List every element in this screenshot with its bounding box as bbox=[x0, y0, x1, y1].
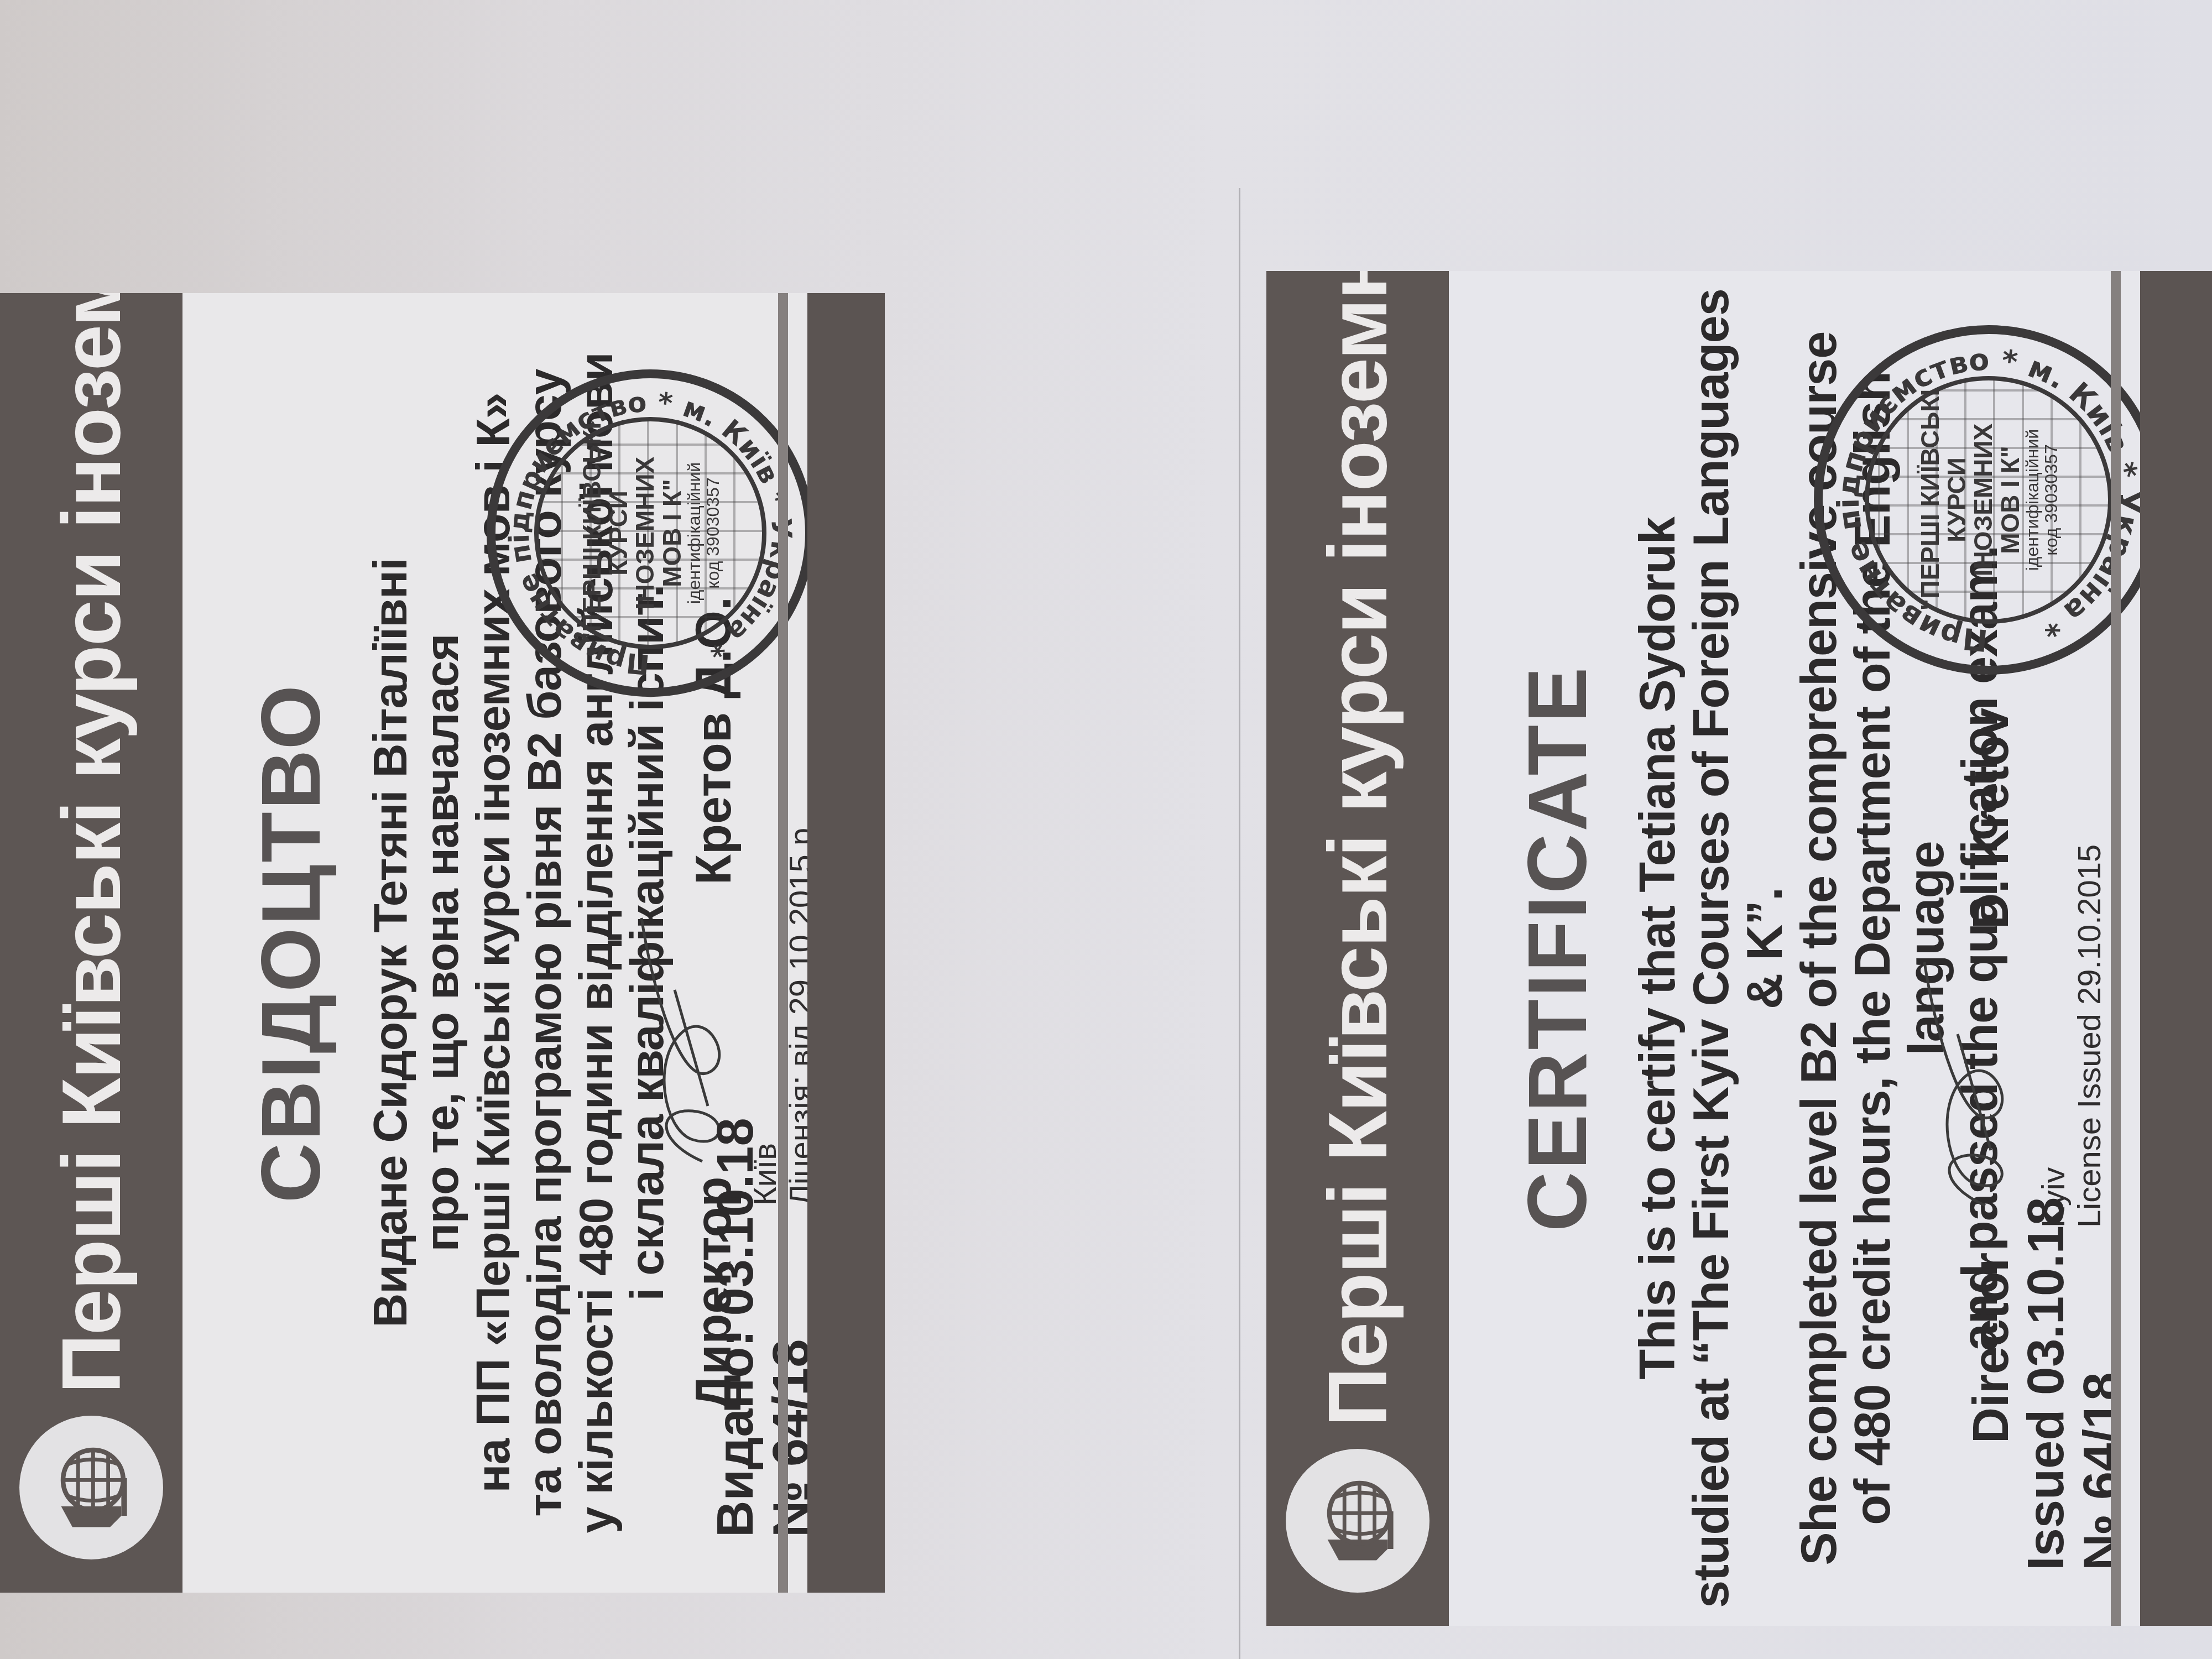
issue-date: Видано: 03.10.18 bbox=[708, 1118, 764, 1537]
signature-icon bbox=[1902, 951, 2035, 1217]
certificate-header: Перші Київські курси іноземних мов™ bbox=[0, 293, 182, 1593]
certificate-number: № 64/18 bbox=[2074, 1197, 2130, 1571]
director-name: D. Kretov bbox=[1963, 708, 2020, 929]
issue-info: Видано: 03.10.18 № 64/18 bbox=[708, 1118, 820, 1537]
svg-text:Приватне підприємство * м. Киї: Приватне підприємство * м. Київ * Україн… bbox=[503, 386, 797, 681]
seal-ring: Приватне підприємство * м. Київ * Україн… bbox=[1823, 334, 2154, 666]
certificate-title: CERTIFICATE bbox=[1510, 271, 1605, 1626]
body-line: This is to certify that Tetiana Sydoruk bbox=[1631, 271, 1685, 1626]
official-seal: Приватне підприємство * м. Київ * Україн… bbox=[487, 369, 814, 697]
body-line: studied at “The First Kyiv Courses of Fo… bbox=[1685, 271, 1792, 1626]
certificate-title: СВІДОЦТВО bbox=[243, 293, 339, 1593]
certificate-ukrainian: Перші Київські курси іноземних мов™ СВІД… bbox=[0, 293, 885, 1593]
brand-text: Перші Київські курси іноземних мов bbox=[45, 293, 138, 1394]
body-line: про те, що вона навчалася bbox=[416, 293, 468, 1593]
footer-band bbox=[807, 293, 885, 1593]
body-line: Видане Сидорук Тетяні Віталіївні bbox=[365, 293, 416, 1593]
certificate-header: Перші Київські курси іноземних мов™ bbox=[1266, 271, 1449, 1626]
seal-ring: Приватне підприємство * м. Київ * Україн… bbox=[495, 378, 805, 688]
globe-graduation-cap-logo-icon bbox=[19, 1416, 163, 1559]
globe-graduation-cap-logo-icon bbox=[1286, 1449, 1430, 1593]
brand-text: Перші Київські курси іноземних мов bbox=[1311, 271, 1404, 1427]
svg-text:Приватне підприємство * м. Киї: Приватне підприємство * м. Київ * Україн… bbox=[1830, 342, 2146, 658]
director-label: Director bbox=[1963, 1253, 2020, 1443]
footer-rule bbox=[2111, 271, 2121, 1626]
brand-name: Перші Київські курси іноземних мов™ bbox=[1310, 271, 1406, 1427]
issue-date: Issued 03.10.18 bbox=[2018, 1197, 2074, 1571]
license-info: License Issued 29.10.2015 bbox=[2071, 844, 2108, 1228]
paper-fold-line bbox=[1239, 188, 1240, 1659]
footer-rule bbox=[778, 293, 788, 1593]
certificate-english: Перші Київські курси іноземних мов™ CERT… bbox=[1266, 271, 2212, 1626]
brand-name: Перші Київські курси іноземних мов™ bbox=[44, 293, 139, 1394]
footer-band bbox=[2140, 271, 2212, 1626]
